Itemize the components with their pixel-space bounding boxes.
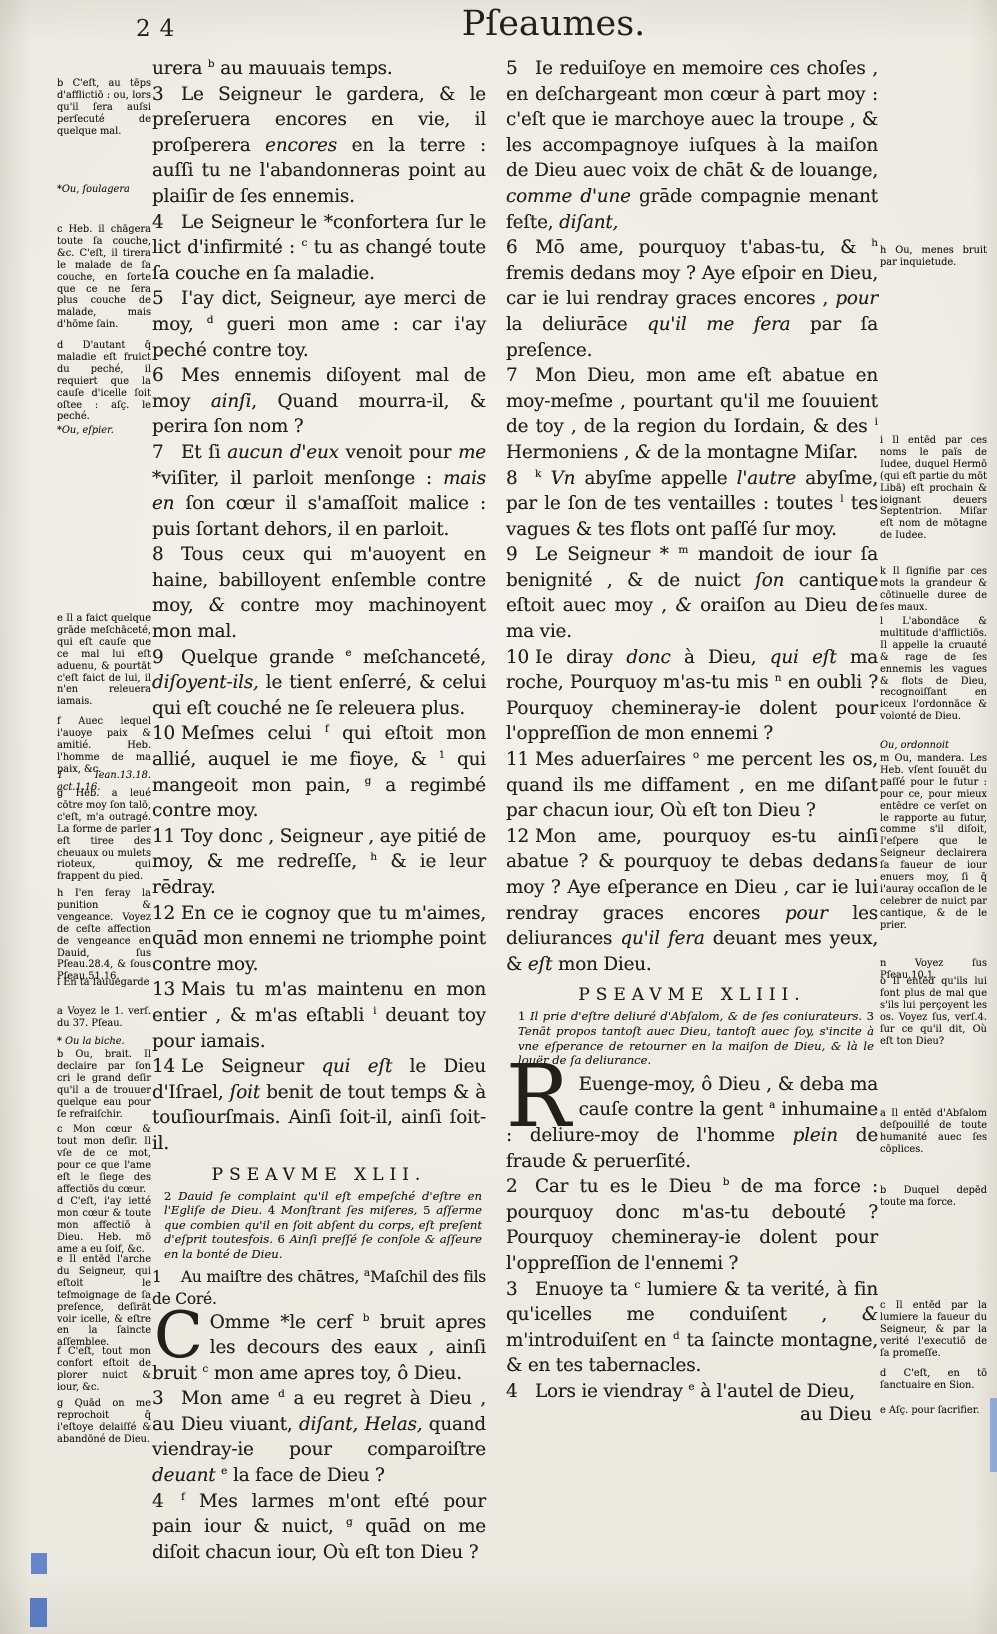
verse-number: 9 <box>152 645 181 671</box>
margin-note: h Ou, menes bruit par inquietude. <box>880 245 987 269</box>
margin-note: * Ou la biche. <box>57 1036 151 1048</box>
verse: 8Tous ceux qui m'auoyent en haine, babil… <box>152 542 486 644</box>
psalm-42-verses-first: 1Au maiſtre des chātres, aMaſchil des fi… <box>152 1266 486 1566</box>
verse-number: 5 <box>506 56 535 82</box>
verse: 12Mon ame, pourquoy es-tu ainſi abatue ?… <box>506 824 878 978</box>
verse-number: 2 <box>506 1174 535 1200</box>
verse-text: Toy donc , Seigneur , aye pitié de moy, … <box>152 826 486 898</box>
verse: 3Enuoye ta c lumiere & ta verité, à fin … <box>506 1277 878 1379</box>
verse-number: 6 <box>506 235 535 261</box>
verse: 5Ie reduiſoye en memoire ces choſes , en… <box>506 56 878 235</box>
margin-note: a Voyez le 1. verſ. du 37. Pſeau. <box>57 1006 151 1030</box>
verse: 14Le Seigneur qui eſt le Dieu d'Iſrael, … <box>152 1054 486 1156</box>
verse-number: 6 <box>152 363 181 389</box>
scan-artifact-blue <box>30 1598 47 1627</box>
scan-artifact-blue <box>31 1553 47 1574</box>
verse: 11Toy donc , Seigneur , aye pitié de moy… <box>152 824 486 901</box>
margin-note: *Ou, ſoulagera <box>57 184 151 196</box>
verse-number: 12 <box>506 824 535 850</box>
verse-text: Quelque grande e meſchanceté, diſoyent-i… <box>152 647 486 719</box>
verse-text: Le Seigneur le *confortera ſur le lict d… <box>152 212 486 284</box>
verse: COmme *le cerf b bruit apres les decours… <box>152 1310 486 1387</box>
verse: 6Mō ame, pourquoy t'abas-tu, & h fremis … <box>506 235 878 363</box>
verse-number: 10 <box>506 645 535 671</box>
verse-number: 14 <box>152 1054 181 1080</box>
verse: 9Quelque grande e meſchanceté, diſoyent-… <box>152 645 486 722</box>
verse-text: I'ay dict, Seigneur, aye merci de moy, d… <box>152 288 486 360</box>
verse: REuenge-moy, ô Dieu , & deba ma cauſe co… <box>506 1072 878 1174</box>
verse-number: 10 <box>152 721 181 747</box>
scan-artifact-blue <box>990 1398 997 1472</box>
margin-note: b Duquel depēd toute ma force. <box>880 1185 987 1209</box>
verse-text: Mais tu m'as maintenu en mon entier , & … <box>152 979 486 1051</box>
verse-text: Mes ennemis diſoyent mal de moy ainſi, Q… <box>152 365 486 437</box>
verse-number: 8 <box>152 542 181 568</box>
verse: 1Au maiſtre des chātres, aMaſchil des fi… <box>152 1266 486 1310</box>
verse-text: Meſmes celui f qui eſtoit mon allié, auq… <box>152 723 486 821</box>
verse-number: 3 <box>152 82 181 108</box>
margin-note: g Heb. a leué cōtre moy ſon talō, c'eſt,… <box>57 788 151 883</box>
verse-text: En ce ie cognoy que tu m'aimes, quād mon… <box>152 903 486 975</box>
verse-number: 3 <box>506 1277 535 1303</box>
verse-text: f Mes larmes m'ont eſté pour pain iour &… <box>152 1491 486 1563</box>
psalm-42-heading: PSEAVME XLII. <box>152 1165 486 1185</box>
psalm-43-verses: REuenge-moy, ô Dieu , & deba ma cauſe co… <box>506 1072 878 1405</box>
verse-text: Lors ie viendray e à l'autel de Dieu, <box>535 1381 855 1402</box>
verse: 6Mes ennemis diſoyent mal de moy ainſi, … <box>152 363 486 440</box>
margin-note: b Ou, brait. Il declaire par ſon cri le … <box>57 1049 151 1120</box>
verse-text: Et ſi aucun d'eux venoit pour me *viſite… <box>152 442 486 540</box>
verse-text: Le Seigneur * m mandoit de iour ſa benig… <box>506 544 878 642</box>
verse-text: Mes aduerſaires o me percent les os, qua… <box>506 749 878 821</box>
margin-note: k Il ſignifie par ces mots la grandeur &… <box>880 566 987 614</box>
verse-number: 12 <box>152 901 181 927</box>
verse: 12En ce ie cognoy que tu m'aimes, quād m… <box>152 901 486 978</box>
verse-text: Mon ame d a eu regret à Dieu , au Dieu v… <box>152 1388 486 1486</box>
margin-note: h I'en feray la punition & vengeance. Vo… <box>57 888 151 983</box>
verse-text: Enuoye ta c lumiere & ta verité, à fin q… <box>506 1279 878 1377</box>
verse: 4Lors ie viendray e à l'autel de Dieu, <box>506 1379 878 1405</box>
margin-note: i En ta ſauuegarde <box>57 977 151 989</box>
verse-text: k Vn abyſme appelle l'autre abyſme, par … <box>506 468 878 540</box>
verse-text: Car tu es le Dieu b de ma force : pourqu… <box>506 1176 878 1274</box>
verse-number: 5 <box>152 286 181 312</box>
margin-note: *Ou, eſpier. <box>57 425 151 437</box>
verse: 8k Vn abyſme appelle l'autre abyſme, par… <box>506 466 878 543</box>
verse-number: 11 <box>506 747 535 773</box>
right-column: 5Ie reduiſoye en memoire ces choſes , en… <box>506 56 878 1425</box>
verse: 9Le Seigneur * m mandoit de iour ſa beni… <box>506 542 878 644</box>
margin-note: l L'abondāce & multitude d'afflictiōs. I… <box>880 616 987 723</box>
verse-text: Mō ame, pourquoy t'abas-tu, & h fremis d… <box>506 237 878 360</box>
verse: 10Ie diray donc à Dieu, qui eſt ma roche… <box>506 645 878 747</box>
margin-note: o Il entēd qu'ils lui font plus de mal q… <box>880 976 987 1047</box>
psalm-43-argument: 1 Il prie d'eſtre deliuré d'Abſalom, & d… <box>506 1009 878 1067</box>
margin-note: Ou, ordonnoit <box>880 740 987 752</box>
verse: 4Le Seigneur le *confortera ſur le lict … <box>152 210 486 287</box>
verse-number: 4 <box>506 1379 535 1405</box>
verse-number: 3 <box>152 1386 181 1412</box>
catchword: au Dieu <box>506 1404 878 1425</box>
verse-text: Le Seigneur le gardera, & le preſeruera … <box>152 84 486 207</box>
running-header: Pſeaumes. <box>110 4 997 44</box>
verse-text: Ie reduiſoye en memoire ces choſes , en … <box>506 58 878 233</box>
verse: 3Mon ame d a eu regret à Dieu , au Dieu … <box>152 1386 486 1488</box>
verse: 2Car tu es le Dieu b de ma force : pourq… <box>506 1174 878 1276</box>
psalm-43-heading: PSEAVME XLIII. <box>506 985 878 1005</box>
verse-text: Mon ame, pourquoy es-tu ainſi abatue ? &… <box>506 826 878 975</box>
verse-number: 4 <box>152 1489 181 1515</box>
right-margin-notes: h Ou, menes bruit par inquietude.i Il en… <box>880 0 987 1634</box>
verse-number: 13 <box>152 977 181 1003</box>
margin-note: c Mon cœur & tout mon deſir. Il vſe de c… <box>57 1124 151 1195</box>
verse-number: 8 <box>506 466 535 492</box>
verse-number: 7 <box>506 363 535 389</box>
verse-text: Tous ceux qui m'auoyent en haine, babill… <box>152 544 486 642</box>
page: 24 Pſeaumes. b C'eſt, au tēps d'afflicti… <box>0 0 997 1634</box>
verse-text: Le Seigneur qui eſt le Dieu d'Iſrael, ſo… <box>152 1056 486 1154</box>
margin-note: i Il entēd par ces noms le païs de Iudee… <box>880 435 987 542</box>
verse: 13Mais tu m'as maintenu en mon entier , … <box>152 977 486 1054</box>
margin-note: f Auec lequel i'auoye paix & amitié. Heb… <box>57 716 151 776</box>
verse-text: Au maiſtre des chātres, aMaſchil des fil… <box>152 1268 486 1308</box>
psalm-42-argument: 2 Dauid ſe complaint qu'il eſt empeſché … <box>152 1189 486 1262</box>
verse: 7Mon Dieu, mon ame eſt abatue en moy-meſ… <box>506 363 878 465</box>
verse: 3Le Seigneur le gardera, & le preſeruera… <box>152 82 486 210</box>
left-column: urera b au mauuais temps.3Le Seigneur le… <box>152 56 486 1565</box>
verse: 11Mes aduerſaires o me percent les os, q… <box>506 747 878 824</box>
verse: 5I'ay dict, Seigneur, aye merci de moy, … <box>152 286 486 363</box>
verse: 7Et ſi aucun d'eux venoit pour me *viſit… <box>152 440 486 542</box>
margin-note: e Il a faict quelque grāde meſchāceté, q… <box>57 613 151 708</box>
margin-note: f C'eſt, tout mon confort eſtoit de plor… <box>57 1346 151 1394</box>
psalm-42-verses-second: 5Ie reduiſoye en memoire ces choſes , en… <box>506 56 878 977</box>
drop-cap: R <box>506 1072 579 1122</box>
verse-number: 7 <box>152 440 181 466</box>
verse-text: Mon Dieu, mon ame eſt abatue en moy-meſm… <box>506 365 878 463</box>
verse: 4f Mes larmes m'ont eſté pour pain iour … <box>152 1489 486 1566</box>
psalm-41-verses: urera b au mauuais temps.3Le Seigneur le… <box>152 56 486 1157</box>
verse: urera b au mauuais temps. <box>152 56 486 82</box>
verse-number: 9 <box>506 542 535 568</box>
margin-note: c Il entēd par la lumiere la faueur du S… <box>880 1300 987 1360</box>
margin-note: d C'eſt, i'ay ietté mon cœur & toute mon… <box>57 1196 151 1256</box>
verse-text: urera b au mauuais temps. <box>152 58 393 79</box>
margin-note: d C'eſt, en tō ſanctuaire en Sion. <box>880 1368 987 1392</box>
drop-cap: C <box>152 1310 210 1360</box>
margin-note: c Heb. il chāgera toute ſa couche, &c. C… <box>57 224 151 331</box>
margin-note: m Ou, mandera. Les Heb. vſent ſouuēt du … <box>880 753 987 932</box>
verse-text: Ie diray donc à Dieu, qui eſt ma roche, … <box>506 647 878 745</box>
margin-note: e Il entēd l'arche du Seigneur, qui eſto… <box>57 1254 151 1349</box>
verse: 10Meſmes celui f qui eſtoit mon allié, a… <box>152 721 486 823</box>
verse-number: 4 <box>152 210 181 236</box>
left-margin-notes: b C'eſt, au tēps d'afflictiō : ou, lors … <box>57 0 151 1634</box>
margin-note: e Aſç. pour ſacrifier. <box>880 1405 987 1417</box>
margin-note: b C'eſt, au tēps d'afflictiō : ou, lors … <box>57 78 151 138</box>
verse-number: 11 <box>152 824 181 850</box>
margin-note: d D'autant q̄ maladie eſt fruict du pech… <box>57 340 151 423</box>
margin-note: a Il entēd d'Abſalom deſpouillé de toute… <box>880 1108 987 1156</box>
verse-number: 1 <box>152 1266 181 1288</box>
margin-note: g Quād on me reprochoit q̄ i'eſtoye dela… <box>57 1398 151 1446</box>
